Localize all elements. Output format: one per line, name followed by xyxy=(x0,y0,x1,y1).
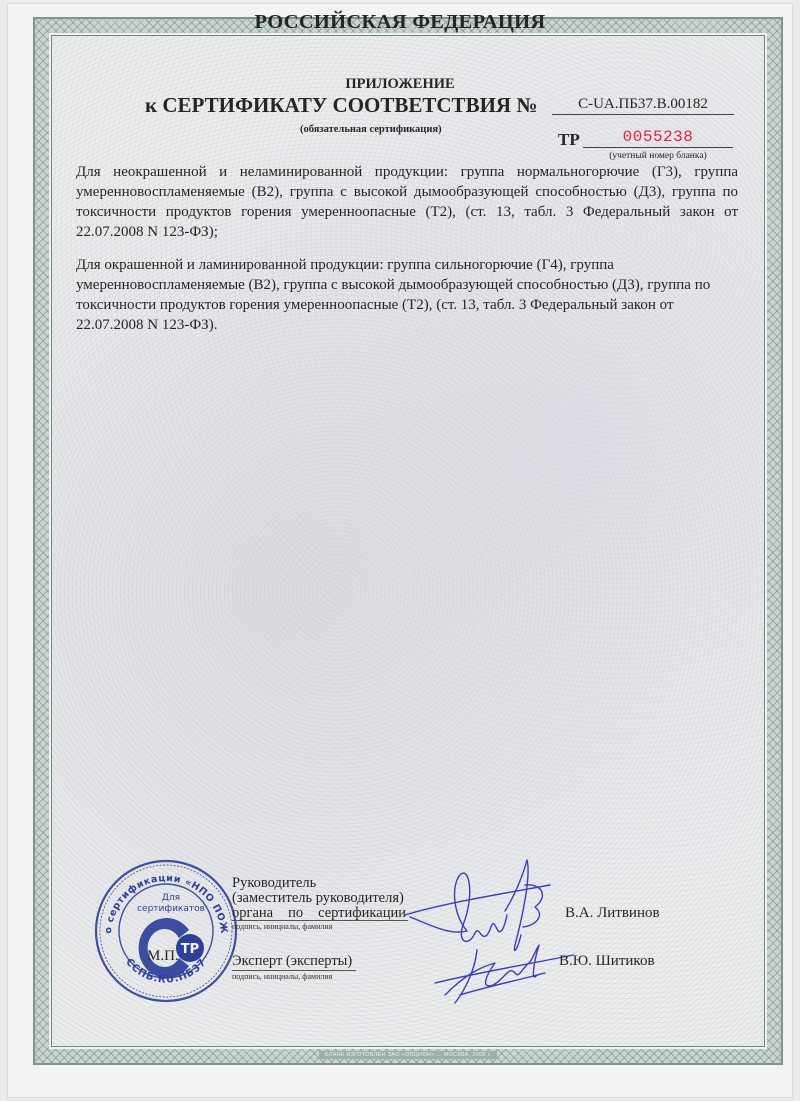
head-role-word: сертификации xyxy=(318,906,406,921)
head-role-word: по xyxy=(288,906,303,921)
handwritten-signatures xyxy=(405,855,575,1005)
certification-stamp: Орган по сертификации «НПО ПОЖЦЕНТР» ССП… xyxy=(93,858,239,1004)
paragraph-unpainted: Для неокрашенной и неламинированной прод… xyxy=(76,162,738,242)
expert-name: В.Ю. Шитиков xyxy=(559,953,655,970)
head-name: В.А. Литвинов xyxy=(565,905,660,922)
footer-band: БЛАНК ИЗГОТОВЛЕН ЗАО «ОПЦИОН» ... МОСКВА… xyxy=(35,1047,781,1063)
expert-signature-caption: подпись, инициалы, фамилия xyxy=(232,970,356,981)
paragraph-painted: Для окрашенной и ламинированной продукци… xyxy=(76,255,738,335)
head-role-line1: Руководитель xyxy=(232,876,406,891)
head-role-line3: органа по сертификации xyxy=(232,906,406,921)
certificate-heading: к СЕРТИФИКАТУ СООТВЕТСТВИЯ № xyxy=(145,93,537,118)
blank-number: 0055238 xyxy=(583,128,733,148)
appendix-label: ПРИЛОЖЕНИЕ xyxy=(0,76,800,93)
certificate-number: C-UA.ПБ37.B.00182 xyxy=(552,96,734,115)
head-role-label: Руководитель (заместитель руководителя) … xyxy=(232,876,406,921)
blank-number-caption: (учетный номер бланка) xyxy=(583,151,733,161)
stamp-logo-text: ТР xyxy=(181,942,199,957)
head-role-word: органа xyxy=(232,906,273,921)
expert-role-label: Эксперт (эксперты) xyxy=(232,954,352,969)
head-signature-caption: подпись, инициалы, фамилия xyxy=(232,920,408,931)
stamp-center-line1: Для xyxy=(162,893,180,903)
head-role-line2: (заместитель руководителя) xyxy=(232,891,406,906)
certification-type: (обязательная сертификация) xyxy=(300,124,442,135)
stamp-center-line2: сертификатов xyxy=(137,904,205,914)
blank-series: ТР xyxy=(558,130,580,150)
footer-microtext: БЛАНК ИЗГОТОВЛЕН ЗАО «ОПЦИОН» ... МОСКВА… xyxy=(319,1051,497,1059)
country-title: РОССИЙСКАЯ ФЕДЕРАЦИЯ xyxy=(0,11,800,34)
seal-place-label: М.П. xyxy=(147,948,179,965)
